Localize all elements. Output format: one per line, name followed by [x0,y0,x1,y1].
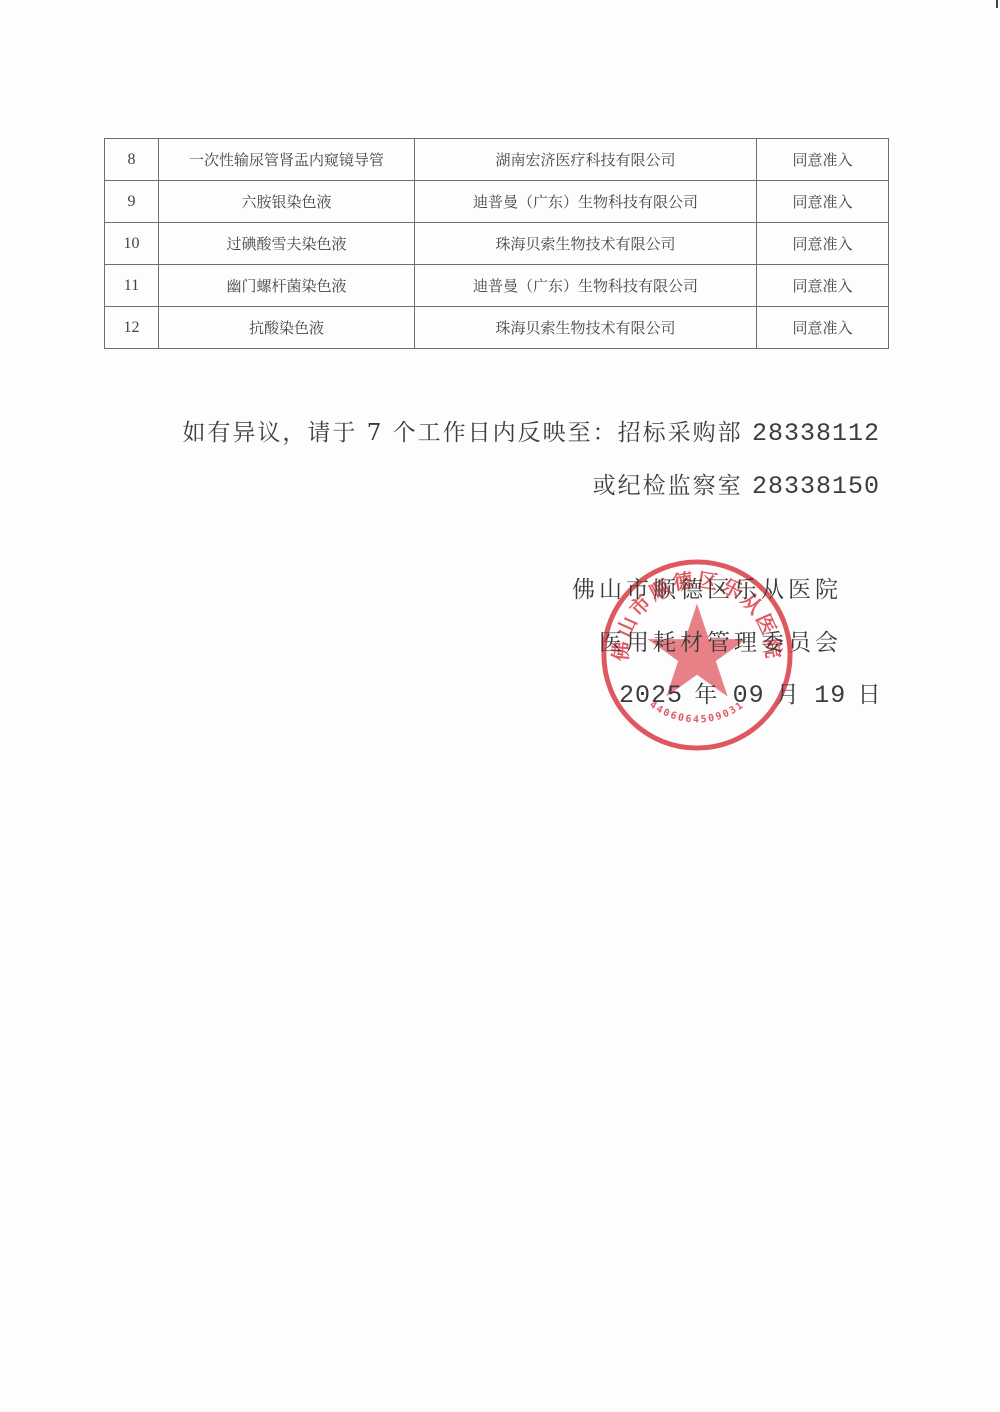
approval-status: 同意准入 [757,265,889,307]
date-month: 09 [733,681,765,710]
procurement-phone: 28338112 [752,419,880,448]
signature-org-line-2: 医用耗材管理委员会 [599,624,842,657]
product-name: 过碘酸雪夫染色液 [159,223,415,265]
signature-date: 2025 年 09 月 19 日 [619,676,885,710]
table-row: 10 过碘酸雪夫染色液 珠海贝索生物技术有限公司 同意准入 [105,223,889,265]
product-name: 抗酸染色液 [159,307,415,349]
company-name: 迪普曼（广东）生物科技有限公司 [415,181,757,223]
product-name: 幽门螺杆菌染色液 [159,265,415,307]
scan-artifact [996,0,998,8]
date-day: 19 [814,681,846,710]
objection-notice-line: 如有异议，请于 7 个工作日内反映至：招标采购部 28338112 [182,414,880,448]
table-row: 12 抗酸染色液 珠海贝索生物技术有限公司 同意准入 [105,307,889,349]
approval-status: 同意准入 [757,181,889,223]
product-name: 六胺银染色液 [159,181,415,223]
table-row: 8 一次性输尿管肾盂内窥镜导管 湖南宏济医疗科技有限公司 同意准入 [105,139,889,181]
approval-status: 同意准入 [757,223,889,265]
company-name: 珠海贝索生物技术有限公司 [415,307,757,349]
date-day-unit: 日 [846,682,884,708]
row-number: 8 [105,139,159,181]
table-row: 9 六胺银染色液 迪普曼（广东）生物科技有限公司 同意准入 [105,181,889,223]
notice-text: 如有异议，请于 7 个工作日内反映至：招标采购部 [182,420,752,446]
date-year-unit: 年 [683,682,733,708]
approval-status: 同意准入 [757,307,889,349]
approval-table: 8 一次性输尿管肾盂内窥镜导管 湖南宏济医疗科技有限公司 同意准入 9 六胺银染… [104,138,889,349]
product-name: 一次性输尿管肾盂内窥镜导管 [159,139,415,181]
row-number: 12 [105,307,159,349]
objection-notice-line: 或纪检监察室 28338150 [593,467,880,501]
row-number: 11 [105,265,159,307]
approval-status: 同意准入 [757,139,889,181]
table-row: 11 幽门螺杆菌染色液 迪普曼（广东）生物科技有限公司 同意准入 [105,265,889,307]
company-name: 珠海贝索生物技术有限公司 [415,223,757,265]
row-number: 10 [105,223,159,265]
notice-text: 或纪检监察室 [593,473,752,499]
date-year: 2025 [619,681,683,710]
company-name: 湖南宏济医疗科技有限公司 [415,139,757,181]
row-number: 9 [105,181,159,223]
date-month-unit: 月 [765,682,815,708]
signature-org-line-1: 佛山市顺德区乐从医院 [572,571,842,604]
company-name: 迪普曼（广东）生物科技有限公司 [415,265,757,307]
discipline-phone: 28338150 [752,472,880,501]
